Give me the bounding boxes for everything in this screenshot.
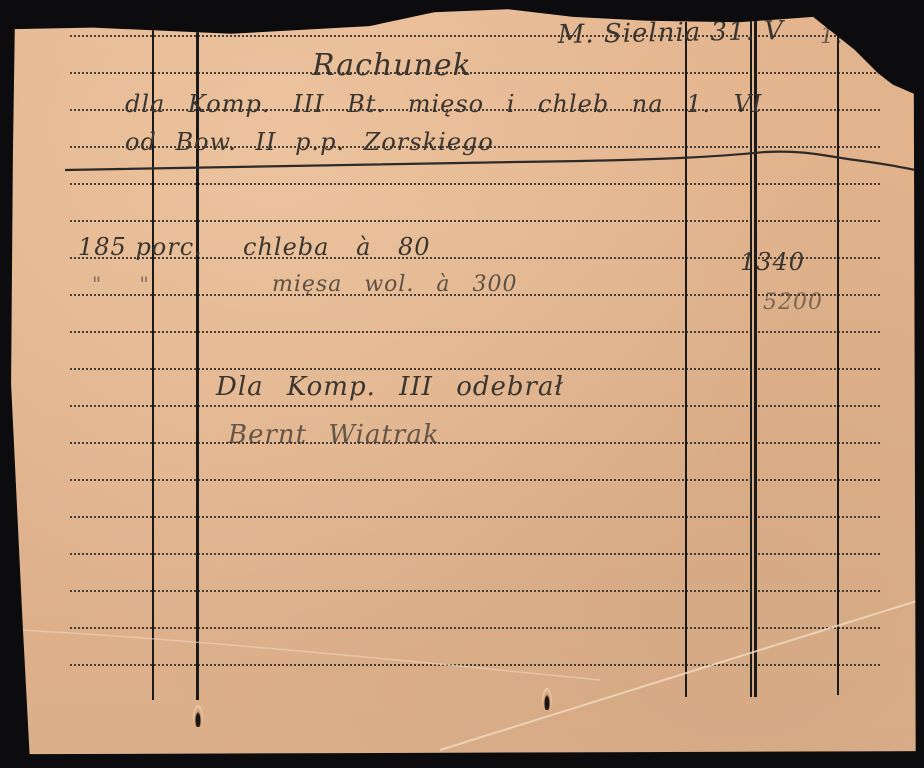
column-rule-double	[754, 20, 757, 697]
header-line-2: od Bow. II p.p. Zorskiego	[125, 128, 494, 156]
column-rule	[837, 35, 839, 695]
ruled-line	[70, 331, 880, 333]
punch-hole	[193, 705, 203, 727]
column-rule	[685, 22, 687, 697]
paper-sheet: M. Sielnia 31. V 1? Rachunek dla Komp. I…	[0, 0, 924, 768]
ruled-line	[70, 479, 880, 481]
item-amount: 5200	[763, 290, 823, 315]
column-rule	[196, 25, 199, 700]
document-title: Rachunek	[312, 48, 472, 83]
ruled-line	[70, 664, 880, 666]
ruled-line	[70, 442, 880, 444]
column-rule	[152, 25, 154, 700]
place-date-year: 1?	[820, 24, 848, 49]
ruled-line	[70, 553, 880, 555]
receipt-note: Dla Komp. III odebrał	[216, 372, 564, 402]
ruled-line	[70, 72, 880, 74]
ruled-line	[70, 368, 880, 370]
item-quantity: " "	[92, 272, 150, 296]
place-date: M. Sielnia 31. V	[557, 16, 784, 50]
item-amount: 1340	[740, 248, 805, 276]
item-description: chleba à 80	[243, 233, 431, 261]
ruled-line	[70, 220, 880, 222]
header-line-1: dla Komp. III Bt. mięso i chleb na 1. VI	[125, 90, 763, 118]
ruled-line	[70, 516, 880, 518]
ruled-line	[70, 183, 880, 185]
ruled-line	[70, 590, 880, 592]
ruled-line	[70, 627, 880, 629]
item-quantity: 185 porc.	[78, 233, 203, 261]
ruled-line	[70, 405, 880, 407]
signature: Bernt Wiatrak	[228, 420, 440, 450]
punch-hole	[542, 688, 552, 710]
item-description: mięsa wol. à 300	[272, 272, 518, 297]
column-rule-double	[750, 20, 752, 697]
